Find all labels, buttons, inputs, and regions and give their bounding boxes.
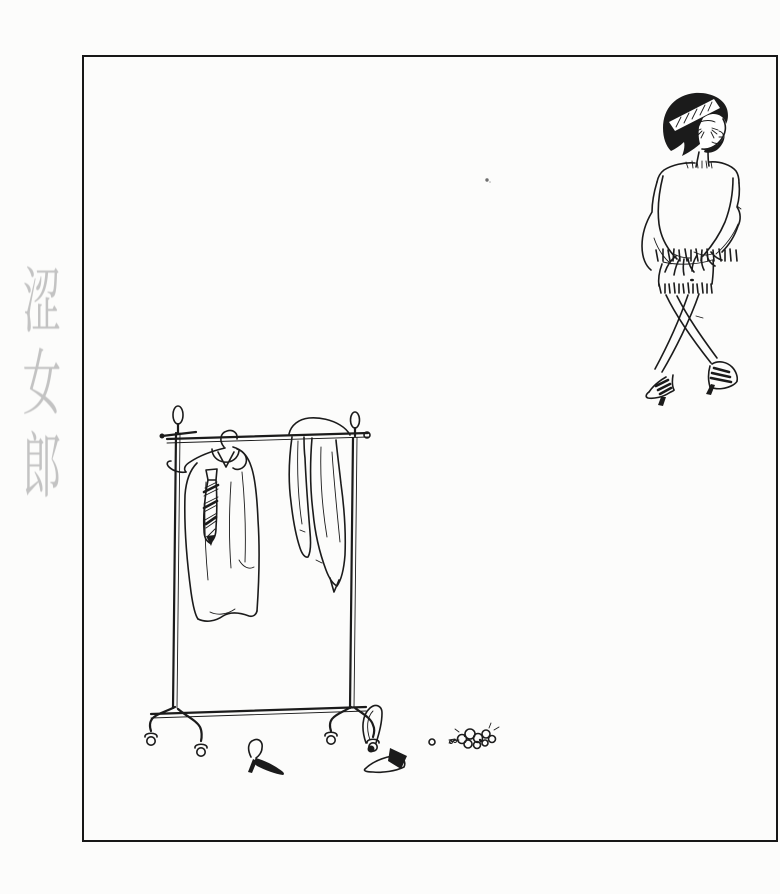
woman-shoe-left bbox=[646, 375, 674, 406]
comic-book-page: 涩 女 郎 bbox=[0, 0, 780, 894]
hanging-shirt bbox=[185, 449, 259, 621]
fringe-skirt-hem bbox=[659, 283, 712, 293]
rack-caster-wheel bbox=[195, 744, 207, 756]
woman-shoe-right bbox=[706, 362, 737, 395]
loose-bead bbox=[429, 739, 435, 745]
rack-caster-wheel bbox=[325, 732, 337, 744]
pearl-necklace-pile bbox=[449, 723, 499, 749]
clothes-rack bbox=[145, 406, 379, 756]
rack-leg bbox=[330, 707, 351, 731]
striped-tie bbox=[204, 469, 218, 546]
rack-right-post bbox=[350, 438, 353, 708]
floor-heel-shoe bbox=[248, 739, 284, 775]
knee-tick bbox=[696, 316, 703, 318]
rack-caster-wheel bbox=[145, 733, 157, 745]
ink-speck bbox=[485, 178, 491, 183]
draped-garment bbox=[289, 418, 350, 592]
tipped-heel-shoe bbox=[363, 706, 407, 773]
woman-face bbox=[699, 114, 727, 150]
rack-finial-left bbox=[173, 406, 183, 424]
woman-skirt bbox=[659, 260, 714, 293]
panel-illustration bbox=[0, 0, 780, 894]
woman-figure bbox=[642, 93, 741, 406]
fringe-top-hem bbox=[656, 249, 737, 261]
shirt-collar bbox=[212, 449, 239, 467]
rack-left-post bbox=[173, 433, 176, 708]
woman-torso-left bbox=[642, 182, 657, 270]
rack-finial-right bbox=[351, 412, 360, 428]
navel-dot bbox=[690, 279, 694, 282]
woman-torso-right bbox=[722, 183, 740, 252]
woman-legs bbox=[655, 294, 717, 372]
rack-leg bbox=[150, 707, 175, 731]
